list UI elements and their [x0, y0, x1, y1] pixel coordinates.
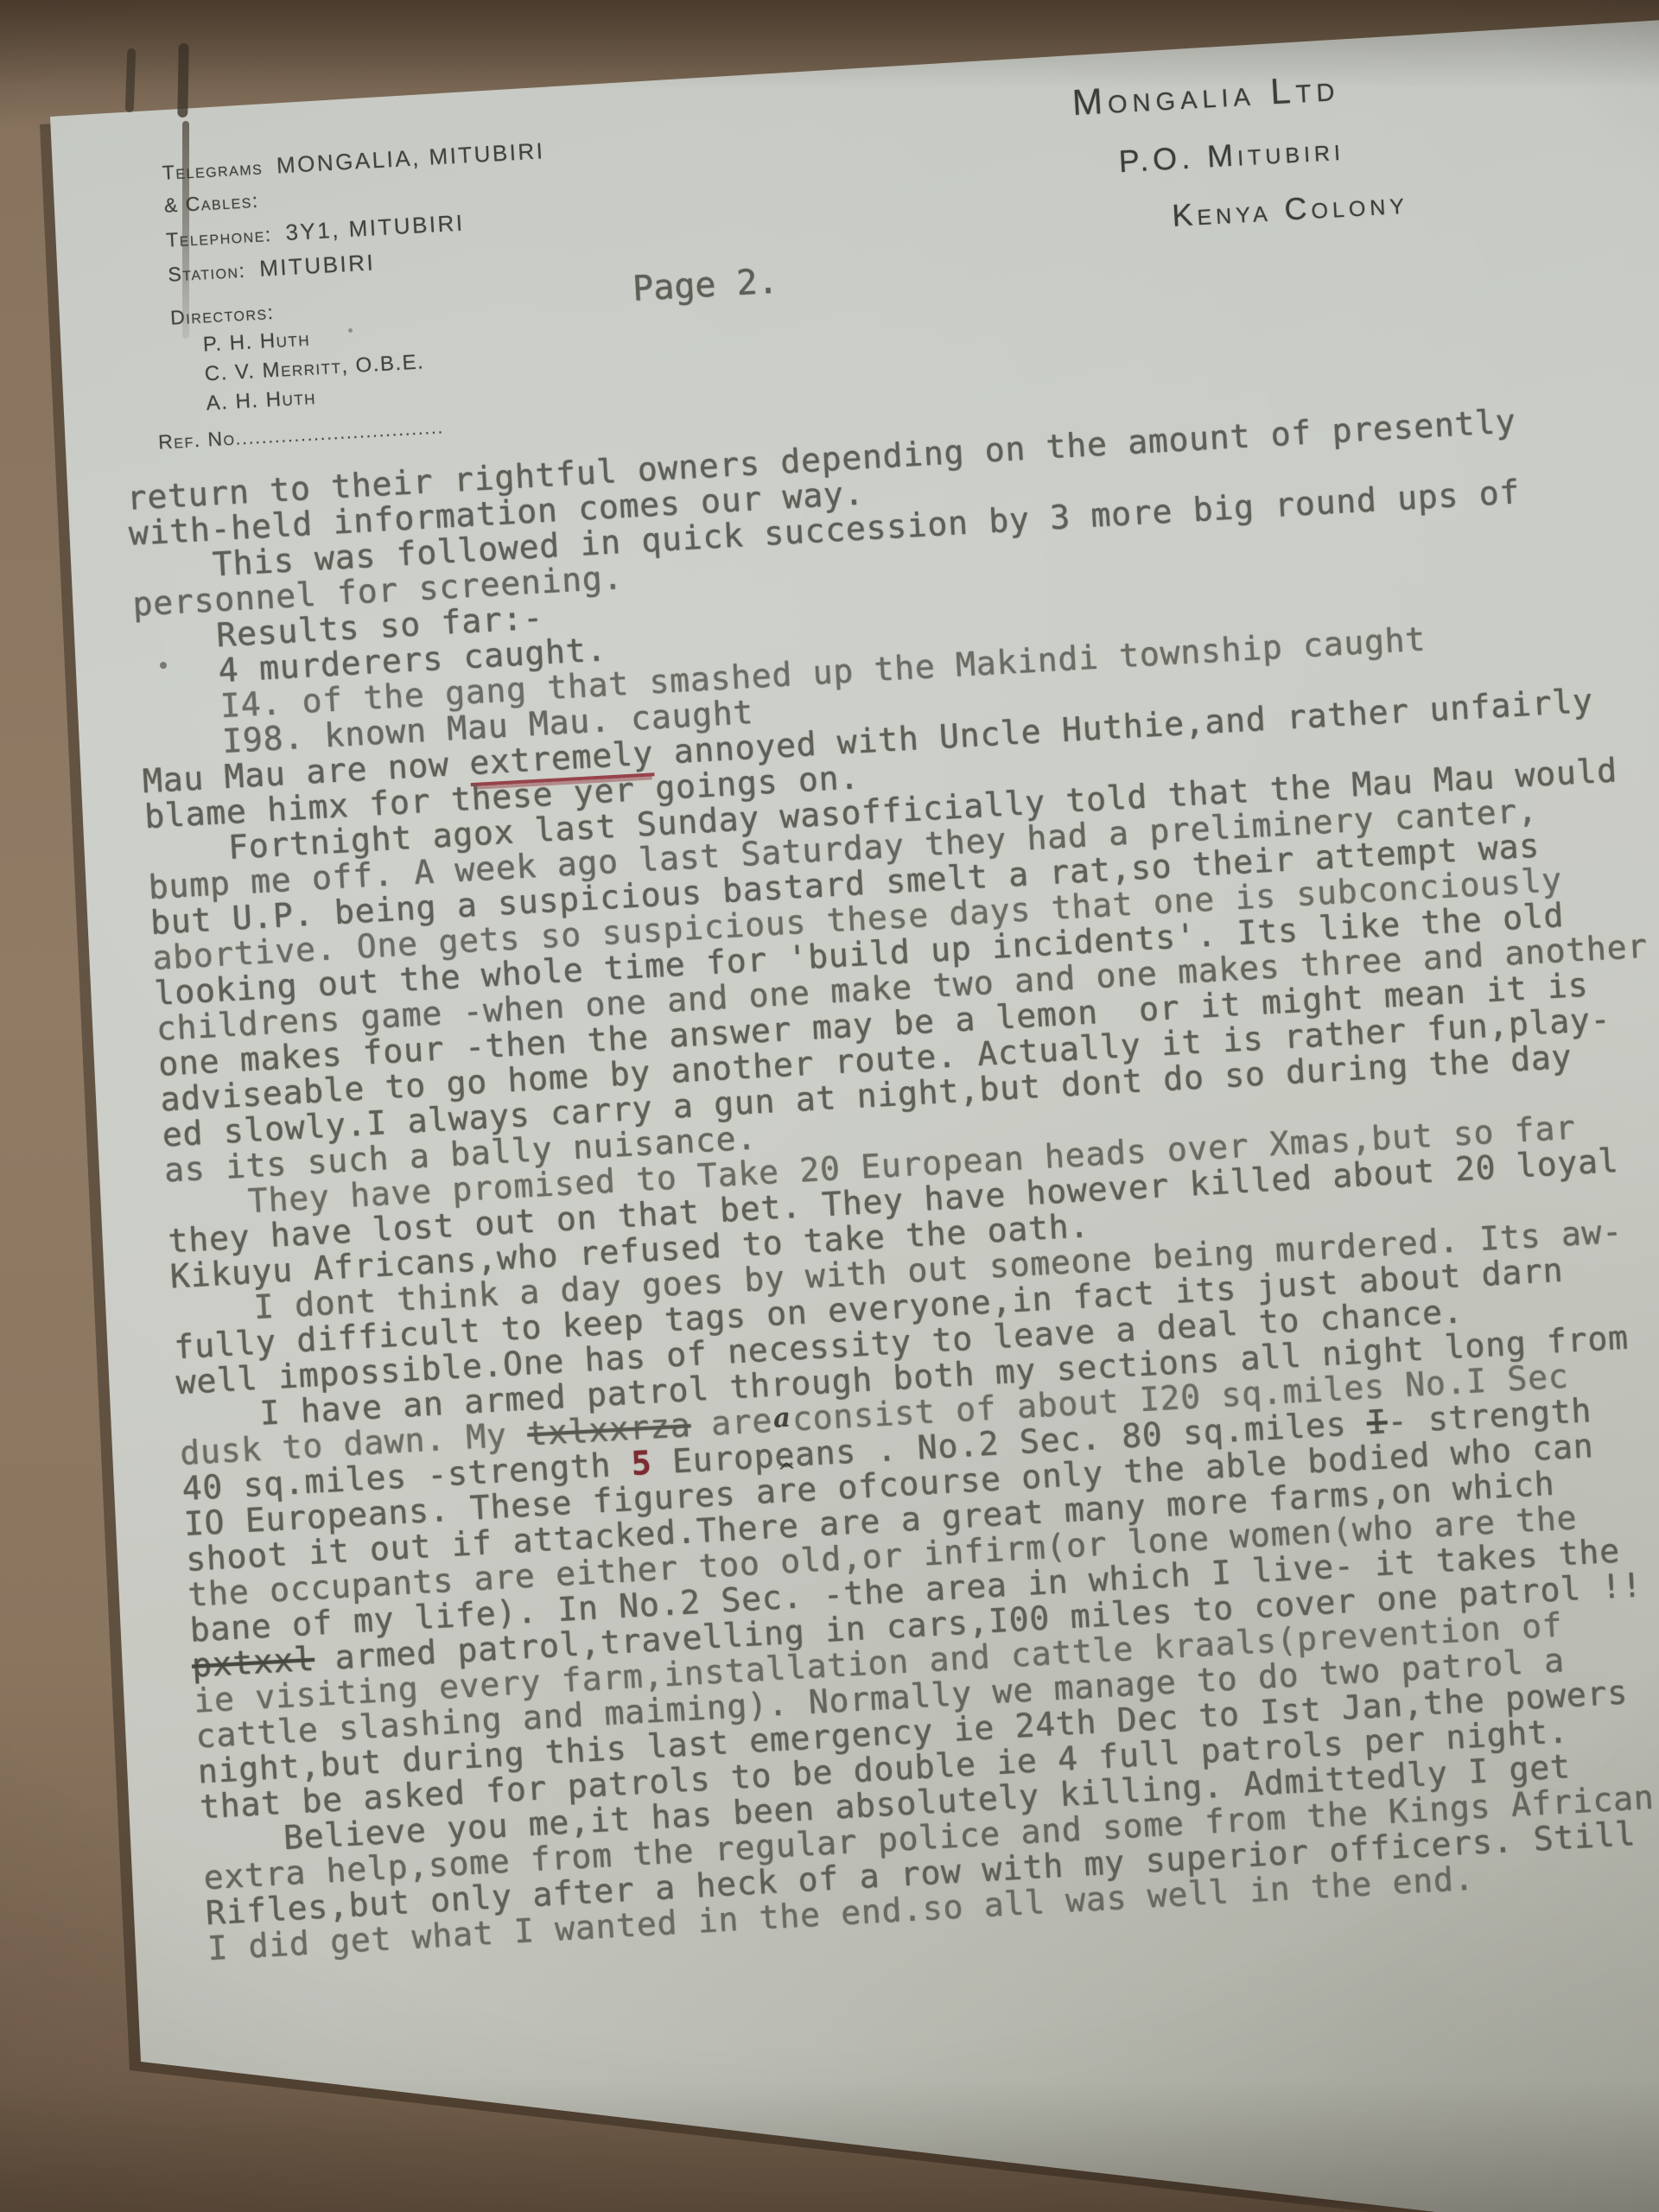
typed-segment-xout: I	[1366, 1402, 1389, 1441]
letter-photo: TelegramsMONGALIA, MITUBIRI & Cables: Te…	[0, 0, 1659, 2212]
directors-list: P. H. HuthC. V. Merritt, O.B.E.A. H. Hut…	[202, 313, 558, 417]
company-line: Mongalia Ltd	[1071, 67, 1341, 124]
ink-speck	[348, 328, 353, 333]
telegrams-value: MONGALIA, MITUBIRI	[276, 137, 545, 178]
ink-smudge	[125, 48, 137, 112]
letterhead: TelegramsMONGALIA, MITUBIRI & Cables: Te…	[162, 137, 558, 418]
page-label: Page 2.	[632, 261, 779, 308]
letter-paper: TelegramsMONGALIA, MITUBIRI & Cables: Te…	[0, 0, 1659, 2212]
ink-speck	[160, 662, 167, 669]
caret-mark: ^	[776, 1453, 798, 1490]
letter-body: return to their rightful owners dependin…	[126, 398, 1659, 1967]
ref-line: Ref. No................................	[157, 415, 444, 454]
cables-label: & Cables:	[163, 188, 259, 219]
telephone-label: Telephone:	[165, 221, 272, 253]
station-label: Station:	[168, 257, 247, 288]
ref-dots: ................................	[235, 418, 445, 448]
telephone-value: 3Y1, MITUBIRI	[285, 210, 466, 245]
ink-smudge	[177, 43, 188, 118]
paper-content: TelegramsMONGALIA, MITUBIRI & Cables: Te…	[50, 17, 1659, 2118]
ref-label: Ref. No	[157, 427, 236, 454]
handwritten-insert-letter: a	[772, 1402, 792, 1434]
typed-segment-red: 5	[630, 1444, 652, 1483]
ink-drip	[182, 121, 189, 339]
company-line: P.O. Mitubiri	[1118, 131, 1345, 180]
company-block: Mongalia LtdP.O. MitubiriKenya Colony	[50, 17, 1659, 117]
company-line: Kenya Colony	[1171, 185, 1409, 234]
telegrams-label: Telegrams	[162, 154, 264, 185]
station-value: MITUBIRI	[258, 249, 376, 281]
typed-segment: are	[690, 1402, 773, 1444]
typed-segment-ins: a^	[773, 1431, 793, 1432]
